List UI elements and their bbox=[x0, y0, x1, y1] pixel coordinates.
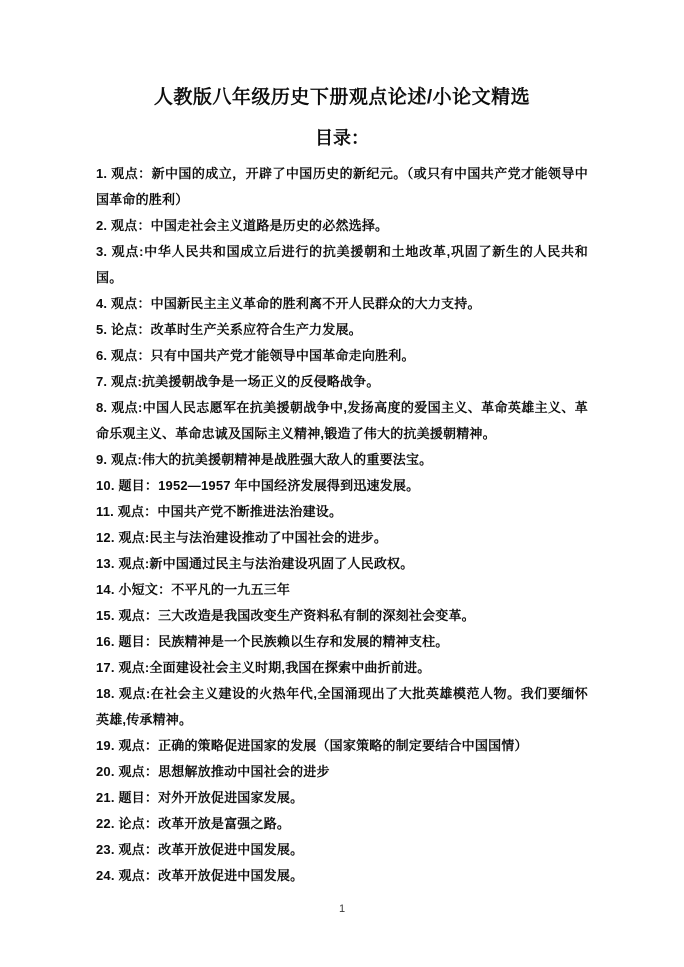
toc-item: 14. 小短文：不平凡的一九五三年 bbox=[96, 577, 588, 603]
toc-item: 4. 观点：中国新民主主义革命的胜利离不开人民群众的大力支持。 bbox=[96, 291, 588, 317]
toc-item: 2. 观点：中国走社会主义道路是历史的必然选择。 bbox=[96, 213, 588, 239]
toc-item: 8. 观点:中国人民志愿军在抗美援朝战争中,发扬高度的爱国主义、革命英雄主义、革… bbox=[96, 395, 588, 447]
toc-item: 12. 观点:民主与法治建设推动了中国社会的进步。 bbox=[96, 525, 588, 551]
toc-item: 23. 观点：改革开放促进中国发展。 bbox=[96, 837, 588, 863]
toc-list: 1. 观点：新中国的成立，开辟了中国历史的新纪元。（或只有中国共产党才能领导中国… bbox=[0, 161, 684, 889]
toc-item: 16. 题目：民族精神是一个民族赖以生存和发展的精神支柱。 bbox=[96, 629, 588, 655]
page-title: 人教版八年级历史下册观点论述/小论文精选 bbox=[0, 0, 684, 110]
toc-item: 24. 观点：改革开放促进中国发展。 bbox=[96, 863, 588, 889]
toc-item: 20. 观点：思想解放推动中国社会的进步 bbox=[96, 759, 588, 785]
toc-item: 10. 题目：1952—1957 年中国经济发展得到迅速发展。 bbox=[96, 473, 588, 499]
toc-item: 11. 观点：中国共产党不断推进法治建设。 bbox=[96, 499, 588, 525]
toc-item: 18. 观点:在社会主义建设的火热年代,全国涌现出了大批英雄模范人物。我们要缅怀… bbox=[96, 681, 588, 733]
toc-item: 21. 题目：对外开放促进国家发展。 bbox=[96, 785, 588, 811]
toc-item: 3. 观点:中华人民共和国成立后进行的抗美援朝和土地改革,巩固了新生的人民共和国… bbox=[96, 239, 588, 291]
toc-item: 5. 论点：改革时生产关系应符合生产力发展。 bbox=[96, 317, 588, 343]
document-page: 人教版八年级历史下册观点论述/小论文精选 目录： 1. 观点：新中国的成立，开辟… bbox=[0, 0, 684, 967]
toc-item: 15. 观点：三大改造是我国改变生产资料私有制的深刻社会变革。 bbox=[96, 603, 588, 629]
toc-item: 9. 观点:伟大的抗美援朝精神是战胜强大敌人的重要法宝。 bbox=[96, 447, 588, 473]
toc-item: 1. 观点：新中国的成立，开辟了中国历史的新纪元。（或只有中国共产党才能领导中国… bbox=[96, 161, 588, 213]
toc-heading: 目录： bbox=[0, 127, 684, 149]
toc-item: 22. 论点：改革开放是富强之路。 bbox=[96, 811, 588, 837]
toc-item: 17. 观点:全面建设社会主义时期,我国在探索中曲折前进。 bbox=[96, 655, 588, 681]
toc-item: 19. 观点：正确的策略促进国家的发展（国家策略的制定要结合中国国情） bbox=[96, 733, 588, 759]
toc-item: 13. 观点:新中国通过民主与法治建设巩固了人民政权。 bbox=[96, 551, 588, 577]
page-number: 1 bbox=[0, 903, 684, 915]
toc-item: 7. 观点:抗美援朝战争是一场正义的反侵略战争。 bbox=[96, 369, 588, 395]
toc-item: 6. 观点：只有中国共产党才能领导中国革命走向胜利。 bbox=[96, 343, 588, 369]
